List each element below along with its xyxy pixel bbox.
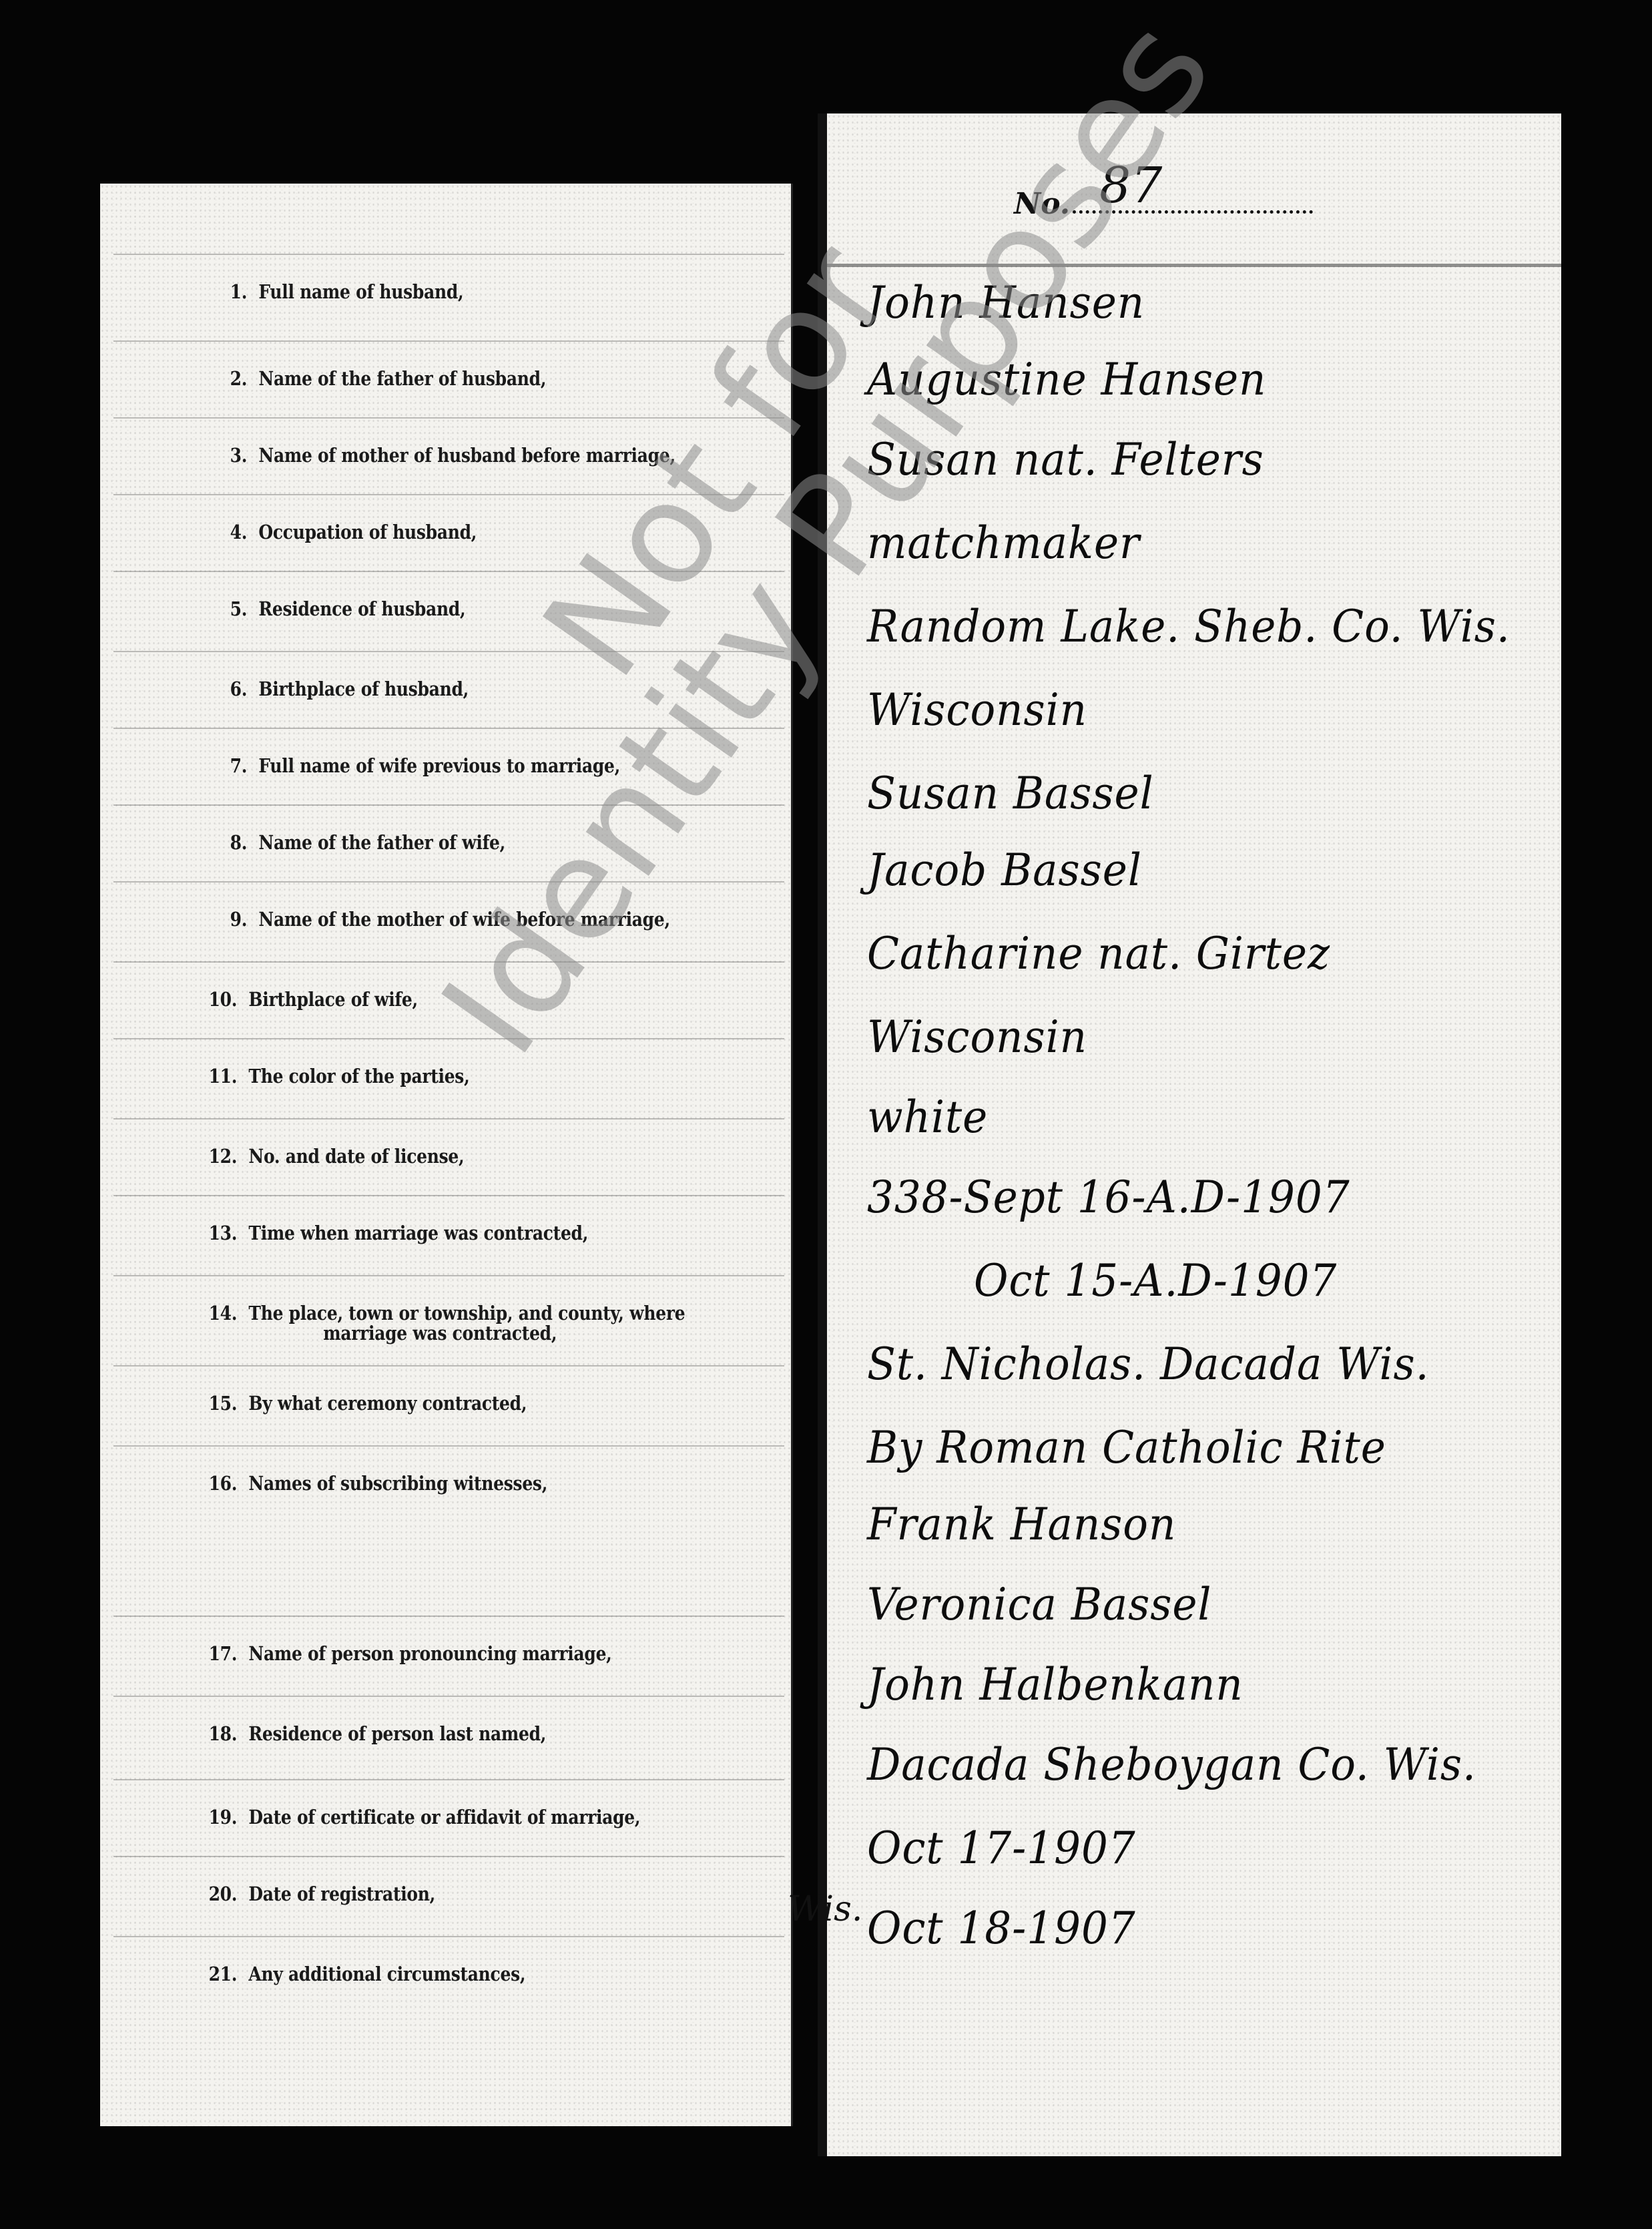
field-label: 8.Name of the father of wife, bbox=[207, 831, 505, 854]
field-number: 12. bbox=[197, 1145, 237, 1168]
field-label-text: Name of the mother of wife before marria… bbox=[258, 908, 669, 931]
certificate-number-line: 87 bbox=[1073, 204, 1313, 214]
field-number: 11. bbox=[197, 1065, 237, 1087]
form-row-divider bbox=[113, 1038, 784, 1039]
field-label-text: Name of mother of husband before marriag… bbox=[258, 444, 675, 467]
field-value: Oct 17-1907 bbox=[867, 1822, 1136, 1874]
field-label: 21.Any additional circumstances, bbox=[197, 1963, 525, 1985]
certificate-number: No. 87 bbox=[1014, 187, 1313, 221]
field-value: By Roman Catholic Rite bbox=[867, 1422, 1386, 1473]
field-number: 6. bbox=[207, 678, 247, 700]
field-value-secondary: Veronica Bassel bbox=[867, 1579, 1211, 1630]
field-value: Susan Bassel bbox=[867, 768, 1154, 819]
field-number: 14. bbox=[197, 1302, 237, 1324]
form-row-divider bbox=[113, 254, 784, 255]
field-label: 4.Occupation of husband, bbox=[207, 521, 477, 543]
form-labels-sheet: 1.Full name of husband,2.Name of the fat… bbox=[100, 184, 793, 2126]
field-label: 2.Name of the father of husband, bbox=[207, 367, 546, 390]
form-row-divider bbox=[113, 804, 784, 806]
field-value: Random Lake. Sheb. Co. Wis. bbox=[867, 601, 1510, 652]
form-row-divider bbox=[113, 417, 784, 419]
field-label: 15.By what ceremony contracted, bbox=[197, 1392, 527, 1415]
field-value: Susan nat. Felters bbox=[867, 434, 1264, 485]
field-number: 1. bbox=[207, 280, 247, 303]
field-label: 9.Name of the mother of wife before marr… bbox=[207, 908, 670, 931]
field-label-text: The color of the parties, bbox=[248, 1065, 469, 1087]
form-row-divider bbox=[113, 728, 784, 729]
field-number: 17. bbox=[197, 1642, 237, 1665]
field-label-text: Residence of husband, bbox=[258, 597, 465, 620]
field-number: 19. bbox=[197, 1806, 237, 1828]
field-label: 20.Date of registration, bbox=[197, 1883, 435, 1905]
field-number: 16. bbox=[197, 1472, 237, 1495]
certificate-number-label: No. bbox=[1014, 187, 1070, 221]
form-row-divider bbox=[113, 1696, 784, 1697]
field-label-text: Names of subscribing witnesses, bbox=[248, 1472, 547, 1495]
form-row-divider bbox=[113, 651, 784, 652]
field-number: 2. bbox=[207, 367, 247, 390]
form-row-divider bbox=[113, 1856, 784, 1857]
field-value: Augustine Hansen bbox=[867, 354, 1266, 405]
form-row-divider bbox=[113, 494, 784, 495]
field-label: 19.Date of certificate or affidavit of m… bbox=[197, 1806, 640, 1828]
field-value: Dacada Sheboygan Co. Wis. bbox=[867, 1739, 1476, 1790]
field-value: St. Nicholas. Dacada Wis. bbox=[867, 1338, 1430, 1390]
field-label: 7.Full name of wife previous to marriage… bbox=[207, 754, 620, 777]
field-label-text: Occupation of husband, bbox=[258, 521, 477, 543]
form-row-divider bbox=[113, 340, 784, 342]
field-number: 20. bbox=[197, 1883, 237, 1905]
field-label-text: The place, town or township, and county,… bbox=[248, 1302, 685, 1324]
field-number: 13. bbox=[197, 1222, 237, 1244]
field-label: 3.Name of mother of husband before marri… bbox=[207, 444, 675, 467]
field-number: 8. bbox=[207, 831, 247, 854]
field-label-text-continued: marriage was contracted, bbox=[197, 1322, 685, 1344]
field-value: Frank Hanson bbox=[867, 1499, 1176, 1550]
header-divider bbox=[827, 264, 1561, 267]
field-label-text: Residence of person last named, bbox=[248, 1722, 546, 1745]
field-label: 13.Time when marriage was contracted, bbox=[197, 1222, 588, 1244]
field-label-text: Name of person pronouncing marriage, bbox=[248, 1642, 611, 1665]
form-row-divider bbox=[113, 571, 784, 572]
field-label-text: Full name of wife previous to marriage, bbox=[258, 754, 620, 777]
field-label: 18.Residence of person last named, bbox=[197, 1722, 546, 1745]
field-label: 6.Birthplace of husband, bbox=[207, 678, 469, 700]
field-value: John Halbenkann bbox=[867, 1659, 1244, 1710]
form-row-divider bbox=[113, 1118, 784, 1120]
field-label: 10.Birthplace of wife, bbox=[197, 988, 418, 1011]
field-label: 14.The place, town or township, and coun… bbox=[197, 1302, 685, 1344]
field-value: Wisconsin bbox=[867, 1011, 1087, 1063]
field-number: 15. bbox=[197, 1392, 237, 1415]
field-number: 5. bbox=[207, 597, 247, 620]
form-row-divider bbox=[113, 1365, 784, 1367]
form-row-divider bbox=[113, 1779, 784, 1780]
field-number: 4. bbox=[207, 521, 247, 543]
field-value: matchmaker bbox=[867, 517, 1140, 569]
certificate-number-value: 87 bbox=[1099, 161, 1162, 210]
field-label: 17.Name of person pronouncing marriage, bbox=[197, 1642, 612, 1665]
form-row-divider bbox=[113, 1275, 784, 1276]
field-number: 21. bbox=[197, 1963, 237, 1985]
field-label: 5.Residence of husband, bbox=[207, 597, 465, 620]
field-label-text: Date of registration, bbox=[248, 1883, 435, 1905]
field-value: Wisconsin bbox=[867, 684, 1087, 736]
field-label: 11.The color of the parties, bbox=[197, 1065, 470, 1087]
field-number: 7. bbox=[207, 754, 247, 777]
form-row-divider bbox=[113, 881, 784, 883]
field-value: Oct 15-A.D-1907 bbox=[974, 1255, 1337, 1306]
field-label-text: No. and date of license, bbox=[248, 1145, 464, 1168]
field-label: 16.Names of subscribing witnesses, bbox=[197, 1472, 547, 1495]
field-label-text: Date of certificate or affidavit of marr… bbox=[248, 1806, 640, 1828]
field-value: 338-Sept 16-A.D-1907 bbox=[867, 1172, 1350, 1223]
field-value: white bbox=[867, 1091, 988, 1143]
field-number: 3. bbox=[207, 444, 247, 467]
field-label-text: Name of the father of husband, bbox=[258, 367, 546, 390]
field-label-text: Full name of husband, bbox=[258, 280, 463, 303]
field-number: 18. bbox=[197, 1722, 237, 1745]
field-value: Catharine nat. Girtez bbox=[867, 928, 1330, 979]
field-label-text: Name of the father of wife, bbox=[258, 831, 505, 854]
field-number: 10. bbox=[197, 988, 237, 1011]
form-values-sheet: No. 87 John HansenAugustine HansenSusan … bbox=[818, 113, 1561, 2156]
form-row-divider bbox=[113, 1616, 784, 1617]
field-number: 9. bbox=[207, 908, 247, 931]
margin-note: Wis. bbox=[788, 1889, 862, 1929]
field-label-text: Birthplace of husband, bbox=[258, 678, 469, 700]
field-label-text: Time when marriage was contracted, bbox=[248, 1222, 588, 1244]
form-row-divider bbox=[113, 961, 784, 963]
field-label-text: By what ceremony contracted, bbox=[248, 1392, 527, 1415]
form-row-divider bbox=[113, 1195, 784, 1196]
field-value: Oct 18-1907 bbox=[867, 1903, 1136, 1954]
field-label-text: Birthplace of wife, bbox=[248, 988, 418, 1011]
form-row-divider bbox=[113, 1445, 784, 1447]
field-label: 1.Full name of husband, bbox=[207, 280, 463, 303]
field-value: Jacob Bassel bbox=[867, 844, 1142, 896]
form-row-divider bbox=[113, 1936, 784, 1937]
field-value: John Hansen bbox=[867, 277, 1145, 328]
field-label-text: Any additional circumstances, bbox=[248, 1963, 525, 1985]
field-label: 12.No. and date of license, bbox=[197, 1145, 464, 1168]
